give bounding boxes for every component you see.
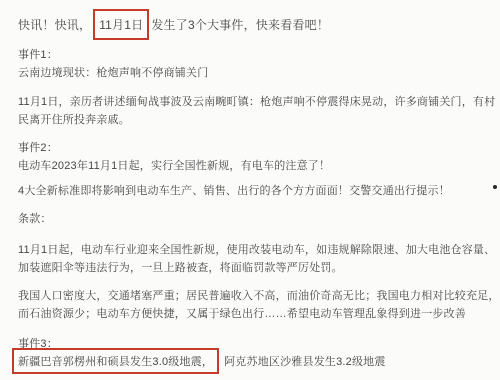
event1-body-line1: 11月1日，亲历者讲述缅甸战事波及云南畹町镇：枪炮声响不停震得床晃动，许多商铺关… [18, 93, 495, 109]
event3-body: 新疆巴音郭楞州和硕县发生3.0级地震， 阿克苏地区沙雅县发生3.2级地震 [18, 348, 386, 374]
headline-prefix: 快讯！快讯， [18, 16, 91, 33]
event2-clause-label: 条款： [18, 210, 52, 226]
event2-title: 事件2： [18, 139, 58, 155]
headline-suffix: 发生了3个大事件，快来看看吧！ [151, 16, 329, 33]
headline-date: 11月1日 [99, 18, 143, 32]
event1-subtitle: 云南边境现状：枪炮声响不停商铺关门 [18, 64, 208, 80]
earthquake-annotation-box: 新疆巴音郭楞州和硕县发生3.0级地震， [12, 348, 219, 374]
event1-body-line2: 民离开住所投奔亲戚。 [18, 111, 130, 127]
event2-comment-line2: 而石油资源少；电动车方便快捷，又属于绿色出行……希望电动车管理乱象得到进一步改善 [18, 305, 466, 321]
speck-dot [493, 185, 497, 189]
event1-title: 事件1： [18, 46, 58, 62]
date-annotation-box: 11月1日 [93, 9, 149, 40]
headline: 快讯！快讯， 11月1日 发生了3个大事件，快来看看吧！ [18, 9, 329, 40]
event2-subtitle: 电动车2023年11月1日起，实行全国性新规，有电车的注意了！ [18, 157, 330, 173]
event2-clause-line1: 11月1日起，电动车行业迎来全国性新规，使用改装电动车，如违规解除限速、加大电池… [18, 241, 495, 257]
event2-clause-line2: 加装遮阳伞等违法行为，一旦上路被查，将面临罚款等严厉处罚。 [18, 259, 343, 275]
event2-impact: 4大全新标准即将影响到电动车生产、销售、出行的各个方方面面！交警交通出行提示！ [18, 182, 450, 198]
event2-comment-line1: 我国人口密度大，交通堵塞严重；居民普遍收入不高，而油价奇高无比；我国电力相对比较… [18, 287, 500, 303]
event3-highlighted-text: 新疆巴音郭楞州和硕县发生3.0级地震， [18, 356, 213, 368]
event3-rest-text: 阿克苏地区沙雅县发生3.2级地震 [224, 353, 386, 369]
article-page: 快讯！快讯， 11月1日 发生了3个大事件，快来看看吧！ 事件1： 云南边境现状… [0, 0, 500, 380]
